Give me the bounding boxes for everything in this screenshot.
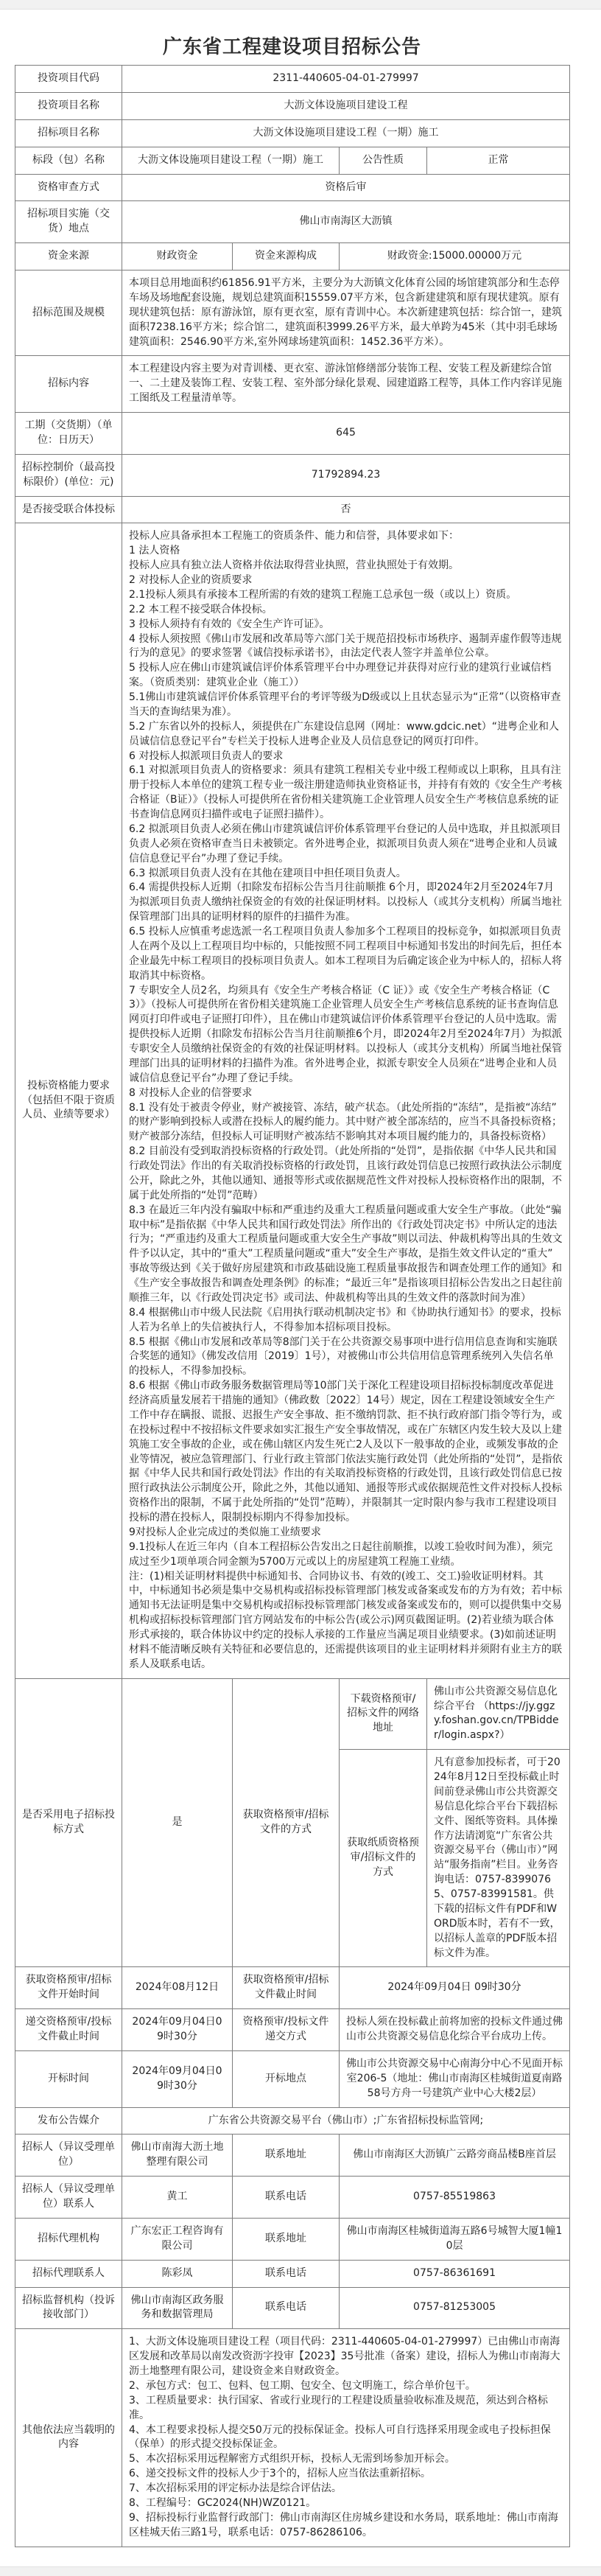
location-value: 佛山市南海区大沥镇 (122, 201, 570, 243)
table-row: 投资项目代码 2311-440605-04-01-279997 (15, 66, 570, 93)
duration-value: 645 (122, 413, 570, 455)
scope-value: 本项目总用地面积约61856.91平方米，主要分为大沥镇文化体育公园的场馆建筑部… (122, 270, 570, 356)
notice-nature-label: 公告性质 (340, 147, 427, 174)
download-url-label: 下载资格预审/招标文件的网络地址 (340, 1678, 427, 1750)
tender-name-value: 大沥文体设施项目建设工程（一期）施工 (122, 119, 570, 147)
doc-obtain-method-label: 获取资格预审/招标文件的方式 (233, 1678, 340, 1967)
tenderer-label: 招标人（异议受理单位） (15, 2135, 122, 2177)
agency-address-value: 佛山市南海区桂城街道海五路6号城智大厦1幢10层 (340, 2218, 570, 2260)
duration-label: 工期（交货期）（单位：日历天） (15, 413, 122, 455)
open-time-value: 2024年09月04日09时30分 (122, 2050, 233, 2107)
media-label: 发布公告媒介 (15, 2107, 122, 2135)
table-row: 资格审查方式 资格后审 (15, 174, 570, 201)
section-name-label: 标段（包）名称 (15, 147, 122, 174)
table-row: 工期（交货期）（单位：日历天） 645 (15, 413, 570, 455)
table-row: 递交资格预审/投标文件截止时间 2024年09月04日09时30分 资格预审/投… (15, 2009, 570, 2051)
consortium-label: 是否接受联合体投标 (15, 496, 122, 523)
open-time-label: 开标时间 (15, 2050, 122, 2107)
tenderer-address-label: 联系地址 (233, 2135, 340, 2177)
control-price-label: 招标控制价（最高投标限价）(单位：元) (15, 454, 122, 496)
qualification-method-value: 资格后审 (122, 174, 570, 201)
supervisor-phone-label: 联系电话 (233, 2287, 340, 2329)
tenderer-contact-value: 黄工 (122, 2177, 233, 2219)
tenderer-value: 佛山市南海大沥土地整理有限公司 (122, 2135, 233, 2177)
other-content-value: 1、大沥文体设施项目建设工程（项目代码：2311-440605-04-01-27… (122, 2329, 570, 2547)
agency-contact-label: 招标代理联系人 (15, 2260, 122, 2287)
table-row: 招标项目名称 大沥文体设施项目建设工程（一期）施工 (15, 119, 570, 147)
table-row: 招标人（异议受理单位）联系人 黄工 联系电话 0757-85519863 (15, 2177, 570, 2219)
tenderer-address-value: 佛山市南海区大沥镇广云路旁商品楼B座首层 (340, 2135, 570, 2177)
qualification-req-label: 投标资格能力要求（包括但不限于资质人员、业绩等要求） (15, 523, 122, 1678)
funds-composition-label: 资金来源构成 (233, 243, 340, 270)
media-value: 广东省公共资源交易平台（佛山市）;广东省招标投标监管网; (122, 2107, 570, 2135)
funds-value: 财政资金 (122, 243, 233, 270)
location-label: 招标项目实施（交货）地点 (15, 201, 122, 243)
obtain-end-value: 2024年09月04日 09时30分 (340, 1967, 570, 2009)
other-content-label: 其他依法应当载明的内容 (15, 2329, 122, 2547)
page-title: 广东省工程建设项目招标公告 (15, 32, 569, 59)
table-row: 是否采用电子招标投标方式 是 获取资格预审/招标文件的方式 下载资格预审/招标文… (15, 1678, 570, 1750)
invest-name-label: 投资项目名称 (15, 92, 122, 119)
open-place-value: 佛山市公共资源交易中心南海分中心不见面开标室206-5（地址：佛山市南海区桂城街… (340, 2050, 570, 2107)
table-row: 招标范围及规模 本项目总用地面积约61856.91平方米，主要分为大沥镇文化体育… (15, 270, 570, 356)
tender-name-label: 招标项目名称 (15, 119, 122, 147)
table-row: 标段（包）名称 大沥文体设施项目建设工程（一期）施工 公告性质 正常 (15, 147, 570, 174)
table-row: 开标时间 2024年09月04日09时30分 开标地点 佛山市公共资源交易中心南… (15, 2050, 570, 2107)
agency-value: 广东宏正工程咨询有限公司 (122, 2218, 233, 2260)
qualification-method-label: 资格审查方式 (15, 174, 122, 201)
table-row: 招标代理机构 广东宏正工程咨询有限公司 联系地址 佛山市南海区桂城街道海五路6号… (15, 2218, 570, 2260)
obtain-start-value: 2024年08月12日 (122, 1967, 233, 2009)
agency-label: 招标代理机构 (15, 2218, 122, 2260)
bottom-page-band (0, 2566, 601, 2576)
supervisor-phone-value: 0757-81253005 (340, 2287, 570, 2329)
scope-label: 招标范围及规模 (15, 270, 122, 356)
tender-notice-document: 广东省工程建设项目招标公告 投资项目代码 2311-440605-04-01-2… (15, 32, 569, 2547)
table-row: 是否接受联合体投标 否 (15, 496, 570, 523)
invest-name-value: 大沥文体设施项目建设工程 (122, 92, 570, 119)
funds-composition-value: 财政资金:15000.00000万元 (340, 243, 570, 270)
content-value: 本工程建设内容主要为对青训楼、更衣室、游泳馆修缮部分装饰工程、安装工程及新建综合… (122, 356, 570, 413)
agency-address-label: 联系地址 (233, 2218, 340, 2260)
tenderer-contact-label: 招标人（异议受理单位）联系人 (15, 2177, 122, 2219)
table-row: 资金来源 财政资金 资金来源构成 财政资金:15000.00000万元 (15, 243, 570, 270)
supervisor-value: 佛山市南海区政务服务和数据管理局 (122, 2287, 233, 2329)
e-bidding-label: 是否采用电子招标投标方式 (15, 1678, 122, 1967)
control-price-value: 71792894.23 (122, 454, 570, 496)
table-row: 其他依法应当载明的内容 1、大沥文体设施项目建设工程（项目代码：2311-440… (15, 2329, 570, 2547)
submit-deadline-value: 2024年09月04日09时30分 (122, 2009, 233, 2051)
funds-label: 资金来源 (15, 243, 122, 270)
obtain-start-label: 获取资格预审/招标文件开始时间 (15, 1967, 122, 2009)
paper-doc-label: 获取纸质资格预审/招标文件的方式 (340, 1750, 427, 1967)
tender-notice-table: 投资项目代码 2311-440605-04-01-279997 投资项目名称 大… (15, 65, 570, 2547)
obtain-end-label: 获取资格预审/招标文件截止时间 (233, 1967, 340, 2009)
supervisor-label: 招标监督机构（投诉接收部门） (15, 2287, 122, 2329)
top-page-band (0, 0, 601, 10)
submit-method-label: 资格预审/投标文件递交方式 (233, 2009, 340, 2051)
e-bidding-value: 是 (122, 1678, 233, 1967)
section-name-value: 大沥文体设施项目建设工程（一期）施工 (122, 147, 340, 174)
open-place-label: 开标地点 (233, 2050, 340, 2107)
paper-doc-value: 凡有意参加投标者，可于2024年8月12日至投标截止时间前登录佛山市公共资源交易… (427, 1750, 570, 1967)
tenderer-phone-label: 联系电话 (233, 2177, 340, 2219)
invest-code-label: 投资项目代码 (15, 66, 122, 93)
table-row: 招标内容 本工程建设内容主要为对青训楼、更衣室、游泳馆修缮部分装饰工程、安装工程… (15, 356, 570, 413)
table-row: 招标项目实施（交货）地点 佛山市南海区大沥镇 (15, 201, 570, 243)
table-row: 发布公告媒介 广东省公共资源交易平台（佛山市）;广东省招标投标监管网; (15, 2107, 570, 2135)
table-row: 招标代理联系人 陈彩凤 联系电话 0757-86361691 (15, 2260, 570, 2287)
table-row: 投资项目名称 大沥文体设施项目建设工程 (15, 92, 570, 119)
submit-deadline-label: 递交资格预审/投标文件截止时间 (15, 2009, 122, 2051)
notice-nature-value: 正常 (427, 147, 570, 174)
invest-code-value: 2311-440605-04-01-279997 (122, 66, 570, 93)
table-row: 获取资格预审/招标文件开始时间 2024年08月12日 获取资格预审/招标文件截… (15, 1967, 570, 2009)
consortium-value: 否 (122, 496, 570, 523)
agency-contact-value: 陈彩凤 (122, 2260, 233, 2287)
tenderer-phone-value: 0757-85519863 (340, 2177, 570, 2219)
agency-phone-label: 联系电话 (233, 2260, 340, 2287)
table-row: 招标监督机构（投诉接收部门） 佛山市南海区政务服务和数据管理局 联系电话 075… (15, 2287, 570, 2329)
agency-phone-value: 0757-86361691 (340, 2260, 570, 2287)
submit-method-value: 投标人须在投标截止前将加密的投标文件通过佛山市公共资源交易信息化综合平台成功上传… (340, 2009, 570, 2051)
table-row: 招标人（异议受理单位） 佛山市南海大沥土地整理有限公司 联系地址 佛山市南海区大… (15, 2135, 570, 2177)
table-row: 投标资格能力要求（包括但不限于资质人员、业绩等要求） 投标人应具备承担本工程施工… (15, 523, 570, 1678)
content-label: 招标内容 (15, 356, 122, 413)
qualification-req-value: 投标人应具备承担本工程施工的资质条件、能力和信誉，具体要求如下： 1 法人资格 … (122, 523, 570, 1678)
table-row: 招标控制价（最高投标限价）(单位：元) 71792894.23 (15, 454, 570, 496)
download-url-value: 佛山市公共资源交易信息化综合平台 （https://jy.ggzy.foshan… (427, 1678, 570, 1750)
